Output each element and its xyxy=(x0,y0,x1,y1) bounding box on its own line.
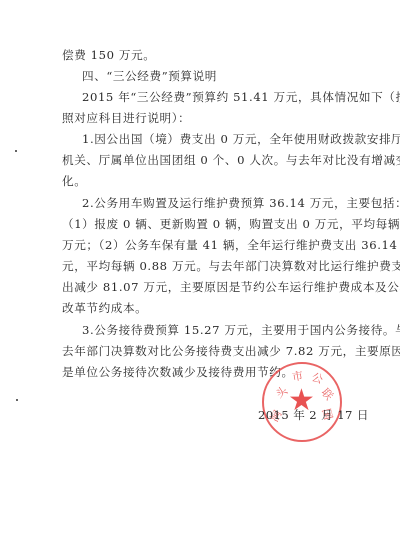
text-line: 2015 年“三公经费”预算约 51.41 万元，具体情况如下（按 xyxy=(82,90,400,104)
text-line: 出减少 81.07 万元，主要原因是节约公车运行维护费成本及公车 xyxy=(62,280,400,294)
text-line: 3.公务接待费预算 15.27 万元，主要用于国内公务接待。与 xyxy=(82,323,400,337)
text-line: 机关、厅属单位出国团组 0 个、0 人次。与去年对比没有增减变 xyxy=(62,153,400,167)
scan-speck xyxy=(15,150,17,152)
text-line: （1）报废 0 辆、更新购置 0 辆，购置支出 0 万元，平均每辆 0 xyxy=(62,217,400,231)
text-line: 万元；（2）公务车保有量 41 辆，全年运行维护费支出 36.14 万 xyxy=(62,238,400,252)
seal-char: 联 xyxy=(318,385,337,404)
scan-speck xyxy=(16,399,18,401)
text-line: 偿费 150 万元。 xyxy=(62,48,155,62)
section-heading: 四、“三公经费”预算说明 xyxy=(82,69,217,83)
document-date: 2015 年 2 月 17 日 xyxy=(258,407,369,423)
text-line: 元，平均每辆 0.88 万元。与去年部门决算数对比运行维护费支 xyxy=(62,259,400,273)
official-seal: 涧 头 市 公 联 国 ★ xyxy=(262,362,342,442)
text-line: 去年部门决算数对比公务接待费支出减少 7.82 万元，主要原因 xyxy=(62,344,400,358)
text-line: 照对应科目进行说明）： xyxy=(62,111,190,125)
text-line: 化。 xyxy=(62,174,86,188)
text-line: 是单位公务接待次数减少及接待费用节约。 xyxy=(62,365,294,379)
text-line: 1.因公出国（境）费支出 0 万元，全年使用财政拨款安排厅 xyxy=(82,132,400,146)
text-line: 2.公务用车购置及运行维护费预算 36.14 万元，主要包括： xyxy=(82,196,400,210)
text-line: 改革节约成本。 xyxy=(62,301,147,315)
